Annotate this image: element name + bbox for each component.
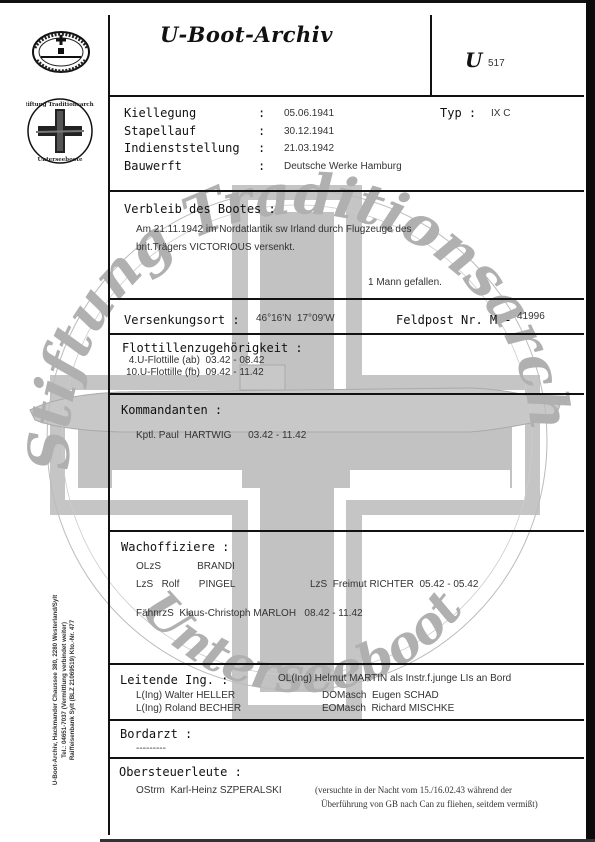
indienststellung-label: Indienststellung — [124, 141, 240, 155]
address-line: U-Boot-Archiv, Hackmander Chaussee 380, … — [52, 560, 61, 820]
wachoffiziere-label: Wachoffiziere : — [121, 540, 229, 554]
feldpost-label: Feldpost Nr. M - — [396, 313, 512, 327]
typ-value: IX C — [491, 108, 510, 119]
phone-line: Tel.: 04651-7037 (Vermittlung verbindet … — [61, 560, 70, 820]
foundation-seal-logo: Stiftung Traditionsarchiv Unterseeboote — [26, 95, 94, 167]
boat-prefix: U — [465, 48, 482, 72]
bordarzt-label: Bordarzt : — [120, 727, 192, 741]
leitende-ing-note: OL(Ing) Helmut MARTIN als Instr.f.junge … — [278, 673, 511, 684]
kiellegung-sep: : — [258, 106, 265, 120]
bauwerft-sep: : — [258, 159, 265, 173]
kommandanten-label: Kommandanten : — [121, 403, 222, 417]
flottillen-row: 10.U-Flottille (fb) 09.42 - 11.42 — [126, 367, 264, 378]
ing-row: L(Ing) Roland BECHER — [136, 703, 241, 714]
bauwerft-label: Bauwerft — [124, 159, 182, 173]
frame-left-rule — [108, 15, 110, 835]
versenkungsort-label: Versenkungsort : — [124, 313, 240, 327]
svg-text:Stiftung Traditionsarchiv: Stiftung Traditionsarchiv — [26, 102, 94, 108]
wachoffizier-row: OLzS BRANDI — [136, 561, 235, 572]
casualties: 1 Mann gefallen. — [368, 277, 442, 288]
feldpost-value: 41996 — [517, 311, 545, 322]
typ-label: Typ : — [440, 106, 476, 120]
indienststellung-value: 21.03.1942 — [284, 143, 334, 154]
versenkungsort-value: 46°16'N 17°09'W — [256, 313, 335, 324]
rule-versenkungsort — [108, 333, 584, 335]
masch-row: DOMasch Eugen SCHAD — [322, 690, 439, 701]
stapellauf-value: 30.12.1941 — [284, 126, 334, 137]
archive-address: U-Boot-Archiv, Hackmander Chaussee 380, … — [52, 560, 78, 820]
leitende-ing-label: Leitende Ing. : — [120, 673, 228, 687]
verbleib-line1: Am 21.11.1942 im Nordatlantik sw Irland … — [136, 224, 412, 235]
rule-bordarzt — [108, 757, 584, 759]
scan-top-edge — [0, 0, 595, 3]
obersteuermann-note: (versuchte in der Nacht vom 15./16.02.43… — [315, 785, 512, 795]
rule-header — [108, 95, 584, 97]
rule-leitende-ing — [108, 719, 584, 721]
title-divider — [430, 15, 432, 95]
rule-kommandanten — [108, 530, 584, 532]
wachoffizier-row: LzS Freimut RICHTER 05.42 - 05.42 — [310, 579, 478, 590]
rule-flottillen — [108, 393, 584, 395]
rule-wachoffiziere — [108, 663, 584, 665]
scan-right-edge — [586, 0, 595, 842]
obersteuerleute-label: Obersteuerleute : — [119, 765, 242, 779]
flottillen-label: Flottillenzugehörigkeit : — [122, 341, 303, 355]
kiellegung-label: Kiellegung — [124, 106, 196, 120]
u-boot-badge-logo — [31, 30, 91, 74]
rule-verbleib — [108, 298, 584, 300]
stapellauf-label: Stapellauf — [124, 124, 196, 138]
stapellauf-sep: : — [258, 124, 265, 138]
svg-text:Unterseeboote: Unterseeboote — [37, 157, 83, 163]
ing-row: L(Ing) Walter HELLER — [136, 690, 235, 701]
indienststellung-sep: : — [258, 141, 265, 155]
verbleib-line2: brit.Trägers VICTORIOUS versenkt. — [136, 242, 295, 253]
bank-line: Raiffeisenbank Sylt (BLZ 21069519) Kto.-… — [69, 560, 78, 820]
rule-construction — [108, 190, 584, 192]
kiellegung-value: 05.06.1941 — [284, 108, 334, 119]
boat-number: 517 — [488, 58, 505, 69]
wachoffizier-row: FähnrzS Klaus-Christoph MARLOH 08.42 - 1… — [136, 608, 363, 619]
obersteuermann-note: Überführung von GB nach Can zu fliehen, … — [321, 799, 538, 809]
bauwerft-value: Deutsche Werke Hamburg — [284, 161, 402, 172]
verbleib-label: Verbleib des Bootes : — [124, 202, 276, 216]
masch-row: EOMasch Richard MISCHKE — [322, 703, 454, 714]
flottillen-row: 4.U-Flottille (ab) 03.42 - 08.42 — [126, 355, 264, 366]
archive-title: U-Boot-Archiv — [160, 22, 333, 47]
bordarzt-value: --------- — [136, 743, 166, 754]
obersteuermann-name: OStrm Karl-Heinz SZPERALSKI — [136, 785, 282, 796]
wachoffizier-row: LzS Rolf PINGEL — [136, 579, 235, 590]
kommandant-row: Kptl. Paul HARTWIG 03.42 - 11.42 — [136, 430, 306, 441]
